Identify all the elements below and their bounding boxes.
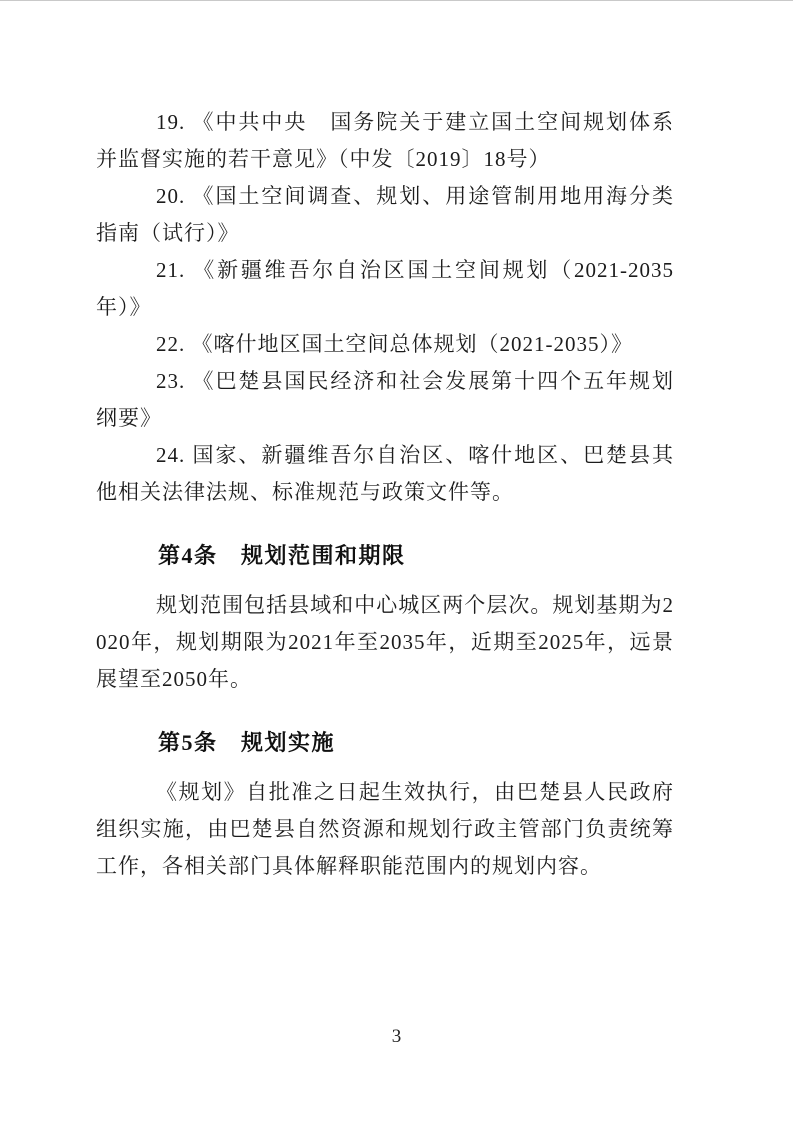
article-4-body: 规划范围包括县域和中心城区两个层次。规划基期为2020年，规划期限为2021年至…	[96, 587, 674, 698]
page-number: 3	[392, 1026, 402, 1047]
article-5-heading: 第5条 规划实施	[96, 724, 674, 761]
reference-item-21: 21. 《新疆维吾尔自治区国土空间规划（2021-2035年）》	[96, 252, 674, 326]
article-4-heading: 第4条 规划范围和期限	[96, 537, 674, 574]
reference-item-20: 20. 《国土空间调查、规划、用途管制用地用海分类指南（试行）》	[96, 178, 674, 252]
reference-item-24: 24. 国家、新疆维吾尔自治区、喀什地区、巴楚县其他相关法律法规、标准规范与政策…	[96, 437, 674, 511]
page-top-edge	[0, 0, 793, 1]
document-content: 19. 《中共中央 国务院关于建立国土空间规划体系并监督实施的若干意见》（中发〔…	[96, 104, 674, 885]
page-footer: 3	[0, 1026, 793, 1048]
reference-item-19: 19. 《中共中央 国务院关于建立国土空间规划体系并监督实施的若干意见》（中发〔…	[96, 104, 674, 178]
document-page: 19. 《中共中央 国务院关于建立国土空间规划体系并监督实施的若干意见》（中发〔…	[0, 0, 793, 1122]
reference-item-23: 23. 《巴楚县国民经济和社会发展第十四个五年规划纲要》	[96, 363, 674, 437]
reference-item-22: 22. 《喀什地区国土空间总体规划（2021-2035）》	[96, 326, 674, 363]
article-5-body: 《规划》自批准之日起生效执行，由巴楚县人民政府组织实施，由巴楚县自然资源和规划行…	[96, 774, 674, 885]
